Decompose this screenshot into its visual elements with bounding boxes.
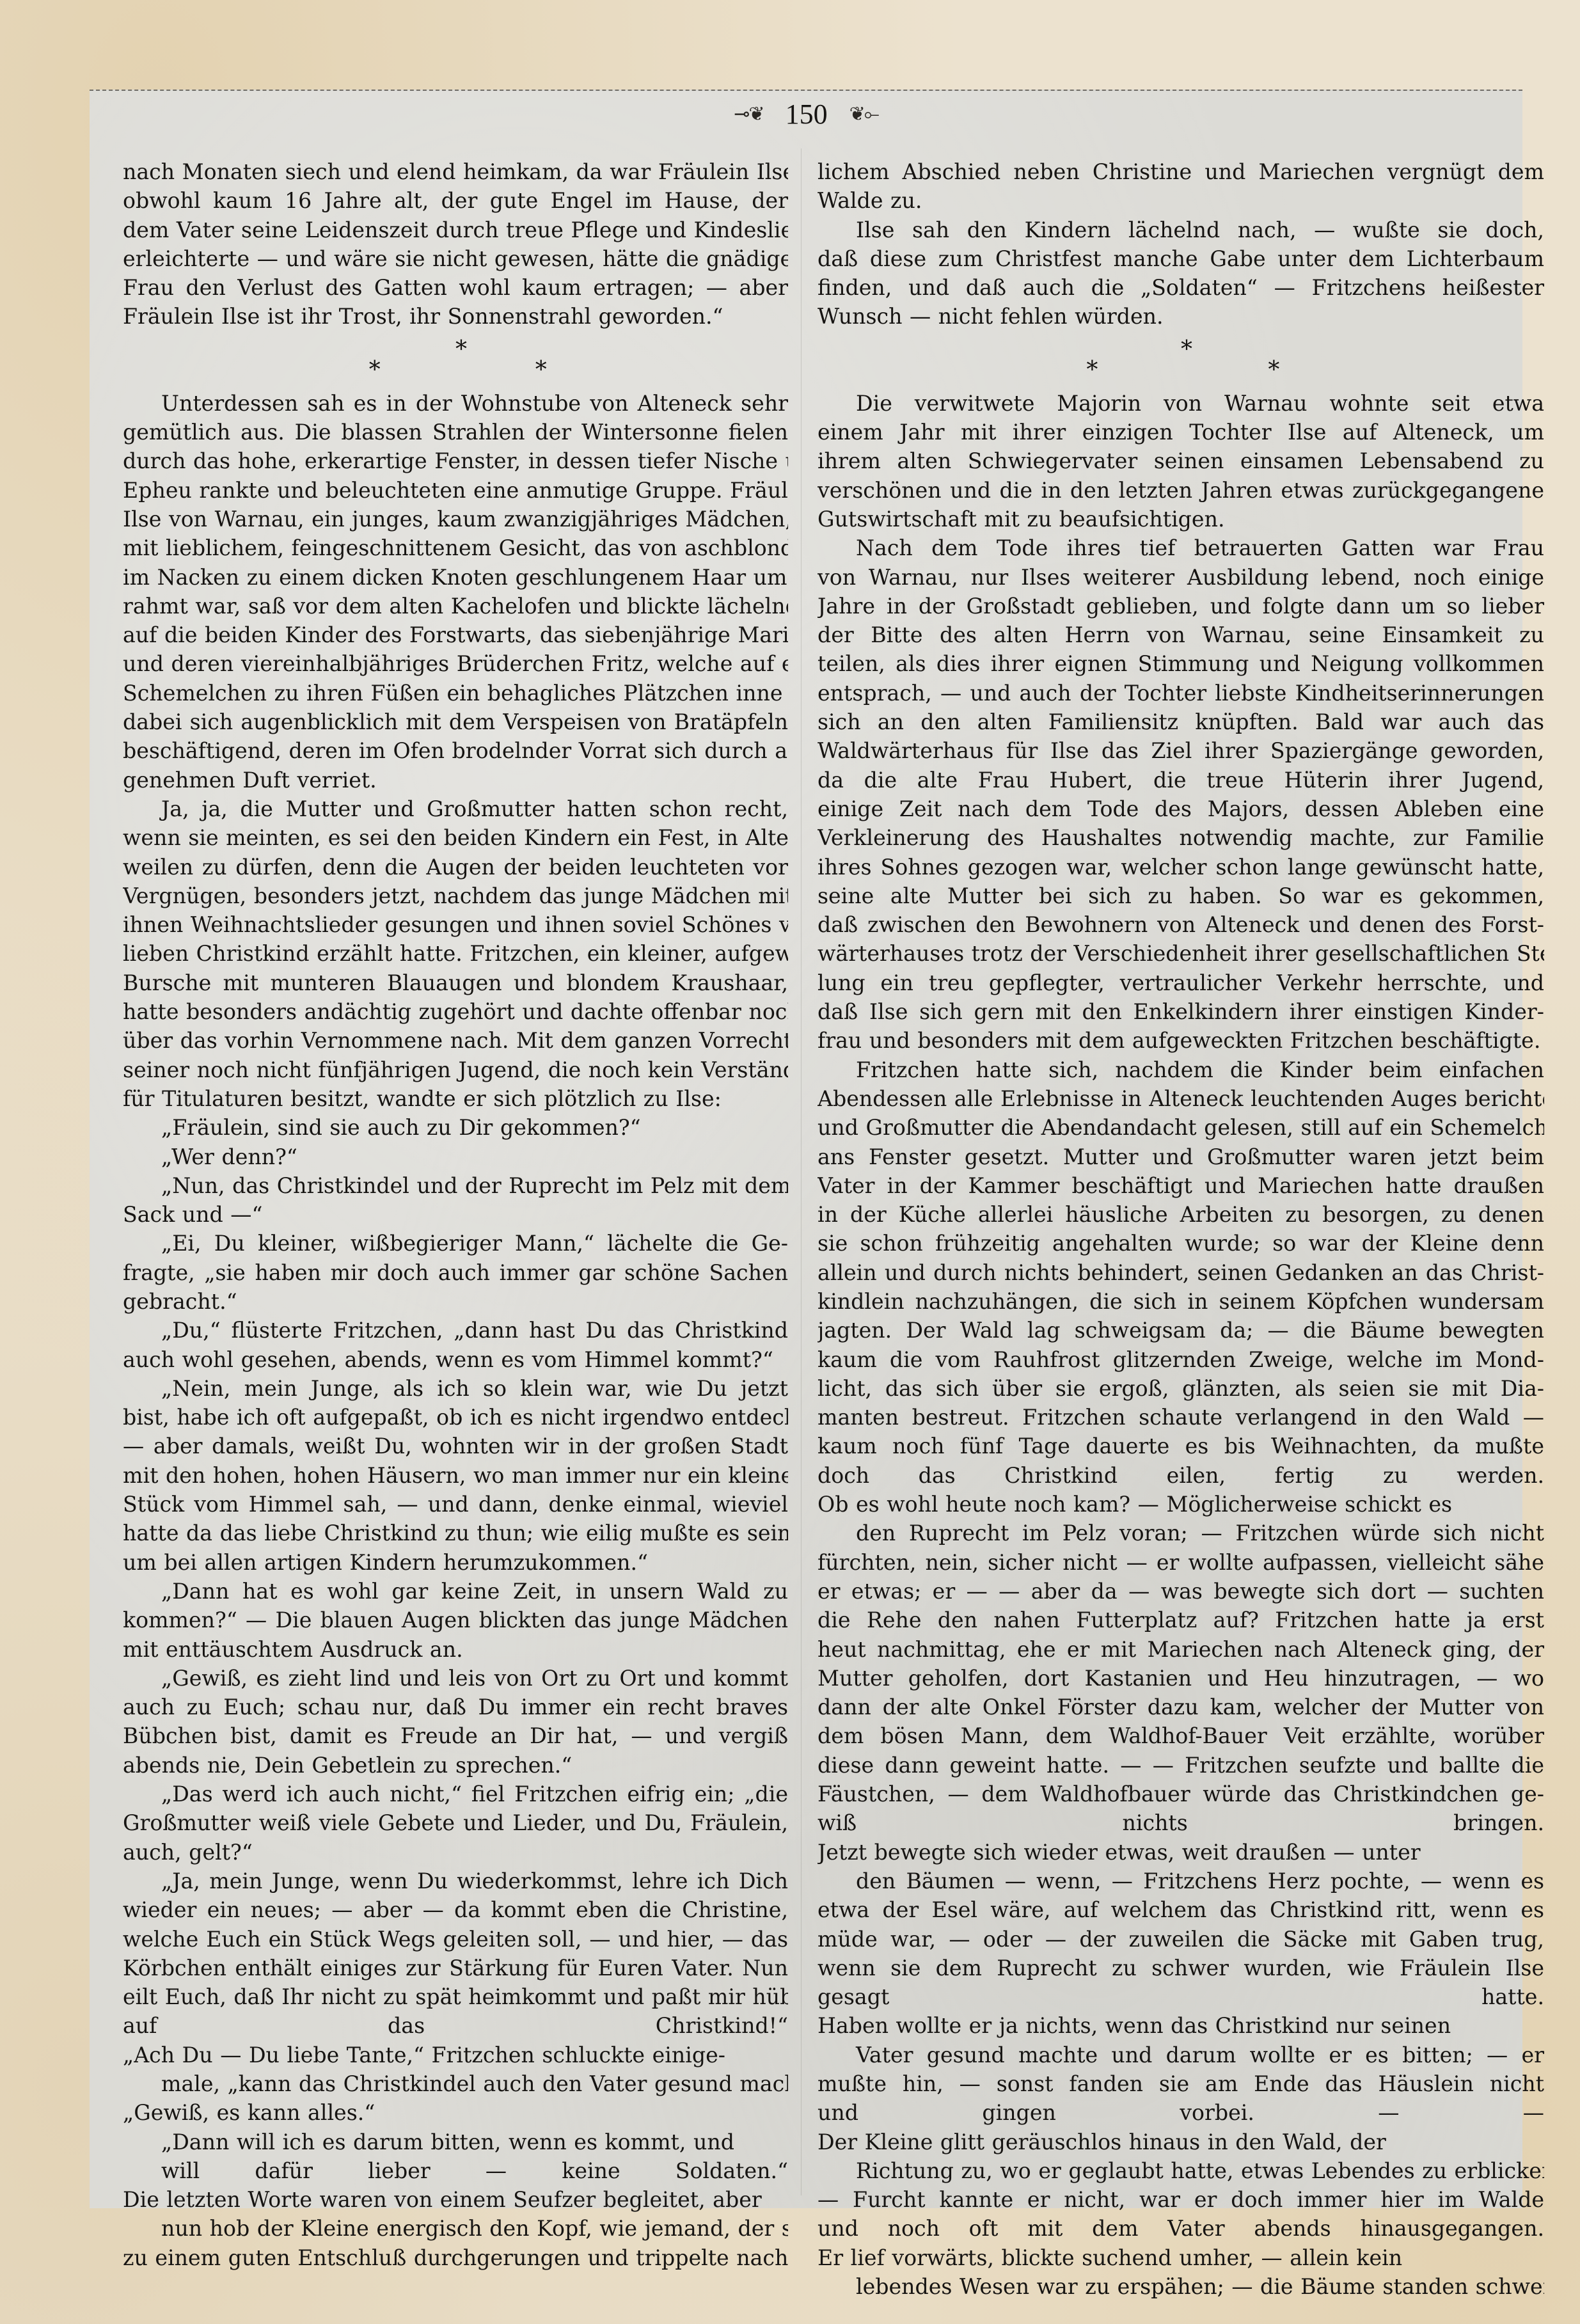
text-line: Ilse von Warnau, ein junges, kaum zwanzi… xyxy=(123,505,788,534)
text-line: Ja, ja, die Mutter und Großmutter hatten… xyxy=(123,794,788,823)
text-line: gebracht.“ xyxy=(123,1287,788,1316)
text-line: frau und besonders mit dem aufgeweckten … xyxy=(818,1026,1544,1055)
text-line: um bei allen artigen Kindern herumzukomm… xyxy=(123,1548,788,1577)
text-line: müde war, — oder — der zuweilen die Säck… xyxy=(818,1925,1544,1954)
text-line: seiner noch nicht fünfjährigen Jugend, d… xyxy=(123,1055,788,1084)
text-line: Unterdessen sah es in der Wohnstube von … xyxy=(123,389,788,418)
text-line: Epheu rankte und beleuchteten eine anmut… xyxy=(123,476,788,505)
text-line: nun hob der Kleine energisch den Kopf, w… xyxy=(123,2214,788,2243)
text-line: Bübchen bist, damit es Freude an Dir hat… xyxy=(123,1721,788,1750)
text-line: der Bitte des alten Herrn von Warnau, se… xyxy=(818,621,1544,649)
left-column: nach Monaten siech und elend heimkam, da… xyxy=(123,157,788,2272)
text-line: „Dann will ich es darum bitten, wenn es … xyxy=(123,2128,788,2156)
text-line: Waldwärterhaus für Ilse das Ziel ihrer S… xyxy=(818,736,1544,765)
text-line: wenn sie meinten, es sei den beiden Kind… xyxy=(123,823,788,852)
page-number: 150 xyxy=(786,98,828,130)
text-line: doch das Christkind eilen, fertig zu wer… xyxy=(818,1461,1544,1490)
page-header: ⊸❦ 150 ❦⟜ xyxy=(90,95,1522,133)
text-line: wieder ein neues; — aber — da kommt eben… xyxy=(123,1895,788,1924)
text-line: obwohl kaum 16 Jahre alt, der gute Engel… xyxy=(123,186,788,215)
text-line: Ilse sah den Kindern lächelnd nach, — wu… xyxy=(818,216,1544,244)
text-line: Schemelchen zu ihren Füßen ein behaglich… xyxy=(123,679,788,707)
text-line: da die alte Frau Hubert, die treue Hüter… xyxy=(818,766,1544,794)
text-line: und noch oft mit dem Vater abends hinaus… xyxy=(818,2214,1544,2243)
text-line: zu einem guten Entschluß durchgerungen u… xyxy=(123,2243,788,2272)
text-line: von Warnau, nur Ilses weiterer Ausbildun… xyxy=(818,563,1544,592)
text-line: manten bestreut. Fritzchen schaute verla… xyxy=(818,1403,1544,1432)
text-line: wärterhauses trotz der Verschiedenheit i… xyxy=(818,939,1544,968)
text-line: Verkleinerung des Haushaltes notwendig m… xyxy=(818,823,1544,852)
text-line: „Dann hat es wohl gar keine Zeit, in uns… xyxy=(123,1577,788,1606)
text-line: dem Vater seine Leidenszeit durch treue … xyxy=(123,216,788,244)
text-line: beschäftigend, deren im Ofen brodelnder … xyxy=(123,736,788,765)
text-line: rahmt war, saß vor dem alten Kachelofen … xyxy=(123,592,788,621)
left-ornament-icon: ⊸❦ xyxy=(734,103,763,125)
text-line: jagten. Der Wald lag schweigsam da; — di… xyxy=(818,1316,1544,1345)
text-line: fragte, „sie haben mir doch auch immer g… xyxy=(123,1258,788,1287)
text-line: Gutswirtschaft mit zu beaufsichtigen. xyxy=(818,505,1544,534)
text-line: Ob es wohl heute noch kam? — Möglicherwe… xyxy=(818,1490,1544,1519)
text-line: „Nun, das Christkindel und der Ruprecht … xyxy=(123,1171,788,1200)
text-line: weilen zu dürfen, denn die Augen der bei… xyxy=(123,853,788,881)
text-line: nach Monaten siech und elend heimkam, da… xyxy=(123,157,788,186)
text-line: finden, und daß auch die „Soldaten“ — Fr… xyxy=(818,273,1544,302)
text-line: Er lief vorwärts, blickte suchend umher,… xyxy=(818,2243,1544,2272)
text-line: einige Zeit nach dem Tode des Majors, de… xyxy=(818,794,1544,823)
text-line: Abendessen alle Erlebnisse in Alteneck l… xyxy=(818,1084,1544,1113)
text-line: entsprach, — und auch der Tochter liebst… xyxy=(818,679,1544,707)
text-line: ans Fenster gesetzt. Mutter und Großmutt… xyxy=(818,1142,1544,1171)
text-line: Wunsch — nicht fehlen würden. xyxy=(818,302,1544,331)
text-line: „Ei, Du kleiner, wißbegieriger Mann,“ lä… xyxy=(123,1229,788,1258)
text-line: wenn sie dem Ruprecht zu schwer wurden, … xyxy=(818,1954,1544,1982)
text-line: Fräulein Ilse ist ihr Trost, ihr Sonnens… xyxy=(123,302,788,331)
text-line: dann der alte Onkel Förster dazu kam, we… xyxy=(818,1693,1544,1721)
text-line: für Titulaturen besitzt, wandte er sich … xyxy=(123,1084,788,1113)
section-break-asterisms: *** xyxy=(123,331,788,389)
text-line: kaum noch fünf Tage dauerte es bis Weihn… xyxy=(818,1432,1544,1460)
text-line: etwa der Esel wäre, auf welchem das Chri… xyxy=(818,1895,1544,1924)
text-line: Richtung zu, wo er geglaubt hatte, etwas… xyxy=(818,2156,1544,2185)
text-line: „Fräulein, sind sie auch zu Dir gekommen… xyxy=(123,1113,788,1142)
text-line: Der Kleine glitt geräuschlos hinaus in d… xyxy=(818,2128,1544,2156)
text-line: welche Euch ein Stück Wegs geleiten soll… xyxy=(123,1925,788,1954)
column-divider xyxy=(801,148,802,2195)
text-line: ihres Sohnes gezogen war, welcher schon … xyxy=(818,853,1544,881)
text-line: eilt Euch, daß Ihr nicht zu spät heimkom… xyxy=(123,1982,788,2011)
text-line: auch, gelt?“ xyxy=(123,1838,788,1867)
text-line: heut nachmittag, ehe er mit Mariechen na… xyxy=(818,1635,1544,1664)
text-line: — Furcht kannte er nicht, war er doch im… xyxy=(818,2185,1544,2214)
text-line: lieben Christkind erzählt hatte. Fritzch… xyxy=(123,939,788,968)
text-line: über das vorhin Vernommene nach. Mit dem… xyxy=(123,1026,788,1055)
text-line: Frau den Verlust des Gatten wohl kaum er… xyxy=(123,273,788,302)
text-line: lung ein treu gepflegter, vertraulicher … xyxy=(818,968,1544,997)
text-line: dem bösen Mann, dem Waldhof-Bauer Veit e… xyxy=(818,1721,1544,1750)
text-line: die Rehe den nahen Futterplatz auf? Frit… xyxy=(818,1606,1544,1634)
text-line: Fäustchen, — dem Waldhofbauer würde das … xyxy=(818,1780,1544,1808)
text-line: mit lieblichem, feingeschnittenem Gesich… xyxy=(123,534,788,562)
text-line: Vergnügen, besonders jetzt, nachdem das … xyxy=(123,881,788,910)
text-line: sie schon frühzeitig angehalten wurde; s… xyxy=(818,1229,1544,1258)
text-line: auf das Christkind!“ xyxy=(123,2011,788,2040)
text-line: Vater in der Kammer beschäftigt und Mari… xyxy=(818,1171,1544,1200)
text-line: Nach dem Tode ihres tief betrauerten Gat… xyxy=(818,534,1544,562)
text-line: diese dann geweint hatte. — — Fritzchen … xyxy=(818,1751,1544,1780)
text-line: „Das werd ich auch nicht,“ fiel Fritzche… xyxy=(123,1780,788,1808)
text-line: erleichterte — und wäre sie nicht gewese… xyxy=(123,244,788,273)
text-line: abends nie, Dein Gebetlein zu sprechen.“ xyxy=(123,1751,788,1780)
text-line: und Großmutter die Abendandacht gelesen,… xyxy=(818,1113,1544,1142)
text-line: ihnen Weihnachtslieder gesungen und ihne… xyxy=(123,910,788,939)
text-line: lichem Abschied neben Christine und Mari… xyxy=(818,157,1544,186)
text-line: — aber damals, weißt Du, wohnten wir in … xyxy=(123,1432,788,1460)
text-line: auch wohl gesehen, abends, wenn es vom H… xyxy=(123,1345,788,1374)
text-line: hatte besonders andächtig zugehört und d… xyxy=(123,997,788,1026)
text-line: verschönen und die in den letzten Jahren… xyxy=(818,476,1544,505)
section-break-asterisms: *** xyxy=(818,331,1544,389)
text-line: er etwas; er — — aber da — was bewegte s… xyxy=(818,1577,1544,1606)
text-line: Sack und —“ xyxy=(123,1200,788,1229)
right-column: lichem Abschied neben Christine und Mari… xyxy=(818,157,1544,2301)
text-line: mit den hohen, hohen Häusern, wo man imm… xyxy=(123,1461,788,1490)
text-line: und deren viereinhalbjähriges Brüderchen… xyxy=(123,649,788,678)
text-line: Mutter geholfen, dort Kastanien und Heu … xyxy=(818,1664,1544,1693)
text-line: in der Küche allerlei häusliche Arbeiten… xyxy=(818,1200,1544,1229)
text-line: Körbchen enthält einiges zur Stärkung fü… xyxy=(123,1954,788,1982)
text-line: den Bäumen — wenn, — Fritzchens Herz poc… xyxy=(818,1867,1544,1895)
text-line: mit enttäuschtem Ausdruck an. xyxy=(123,1635,788,1664)
text-line: „Ja, mein Junge, wenn Du wiederkommst, l… xyxy=(123,1867,788,1895)
text-line: mußte hin, — sonst fanden sie am Ende da… xyxy=(818,2069,1544,2098)
text-line: Die letzten Worte waren von einem Seufze… xyxy=(123,2185,788,2214)
text-line: daß Ilse sich gern mit den Enkelkindern … xyxy=(818,997,1544,1026)
text-line: Vater gesund machte und darum wollte er … xyxy=(818,2041,1544,2069)
text-line: hatte da das liebe Christkind zu thun; w… xyxy=(123,1519,788,1547)
text-line: fürchten, nein, sicher nicht — er wollte… xyxy=(818,1548,1544,1577)
text-line: auch zu Euch; schau nur, daß Du immer ei… xyxy=(123,1693,788,1721)
text-line: dabei sich augenblicklich mit dem Verspe… xyxy=(123,707,788,736)
text-line: Großmutter weiß viele Gebete und Lieder,… xyxy=(123,1808,788,1837)
text-line: „Du,“ flüsterte Fritzchen, „dann hast Du… xyxy=(123,1316,788,1345)
text-line: auf die beiden Kinder des Forstwarts, da… xyxy=(123,621,788,649)
text-line: bist, habe ich oft aufgepaßt, ob ich es … xyxy=(123,1403,788,1432)
text-line: licht, das sich über sie ergoß, glänzten… xyxy=(818,1374,1544,1403)
text-line: Haben wollte er ja nichts, wenn das Chri… xyxy=(818,2011,1544,2040)
text-line: den Ruprecht im Pelz voran; — Fritzchen … xyxy=(818,1519,1544,1547)
text-line: kommen?“ — Die blauen Augen blickten das… xyxy=(123,1606,788,1634)
text-line: gemütlich aus. Die blassen Strahlen der … xyxy=(123,418,788,447)
text-line: daß zwischen den Bewohnern von Alteneck … xyxy=(818,910,1544,939)
text-line: im Nacken zu einem dicken Knoten geschlu… xyxy=(123,563,788,592)
text-line: Fritzchen hatte sich, nachdem die Kinder… xyxy=(818,1055,1544,1084)
text-line: gesagt hatte. xyxy=(818,1982,1544,2011)
text-line: kaum die vom Rauhfrost glitzernden Zweig… xyxy=(818,1345,1544,1374)
text-line: einem Jahr mit ihrer einzigen Tochter Il… xyxy=(818,418,1544,447)
right-ornament-icon: ❦⟜ xyxy=(849,103,878,125)
text-line: und gingen vorbei. — — xyxy=(818,2098,1544,2127)
text-line: Jetzt bewegte sich wieder etwas, weit dr… xyxy=(818,1838,1544,1867)
text-line: „Nein, mein Junge, als ich so klein war,… xyxy=(123,1374,788,1403)
text-line: „Ach Du — Du liebe Tante,“ Fritzchen sch… xyxy=(123,2041,788,2069)
text-line: teilen, als dies ihrer eignen Stimmung u… xyxy=(818,649,1544,678)
text-line: genehmen Duft verriet. xyxy=(123,766,788,794)
text-line: lebendes Wesen war zu erspähen; — die Bä… xyxy=(818,2272,1544,2301)
printed-page: ⊸❦ 150 ❦⟜ nach Monaten siech und elend h… xyxy=(90,90,1522,2208)
text-line: „Wer denn?“ xyxy=(123,1142,788,1171)
text-line: kindlein nachzuhängen, die sich in seine… xyxy=(818,1287,1544,1316)
text-line: Walde zu. xyxy=(818,186,1544,215)
text-line: daß diese zum Christfest manche Gabe unt… xyxy=(818,244,1544,273)
text-line: Die verwitwete Majorin von Warnau wohnte… xyxy=(818,389,1544,418)
text-line: will dafür lieber — keine Soldaten.“ xyxy=(123,2156,788,2185)
text-line: „Gewiß, es kann alles.“ xyxy=(123,2098,788,2127)
text-line: ihrem alten Schwiegervater seinen einsam… xyxy=(818,447,1544,475)
text-line: Stück vom Himmel sah, — und dann, denke … xyxy=(123,1490,788,1519)
text-line: allein und durch nichts behindert, seine… xyxy=(818,1258,1544,1287)
text-line: male, „kann das Christkindel auch den Va… xyxy=(123,2069,788,2098)
text-line: wiß nichts bringen. xyxy=(818,1808,1544,1837)
text-line: seine alte Mutter bei sich zu haben. So … xyxy=(818,881,1544,910)
text-line: durch das hohe, erkerartige Fenster, in … xyxy=(123,447,788,475)
text-line: sich an den alten Familiensitz knüpften.… xyxy=(818,707,1544,736)
text-line: Jahre in der Großstadt geblieben, und fo… xyxy=(818,592,1544,621)
text-line: Bursche mit munteren Blauaugen und blond… xyxy=(123,968,788,997)
text-line: „Gewiß, es zieht lind und leis von Ort z… xyxy=(123,1664,788,1693)
